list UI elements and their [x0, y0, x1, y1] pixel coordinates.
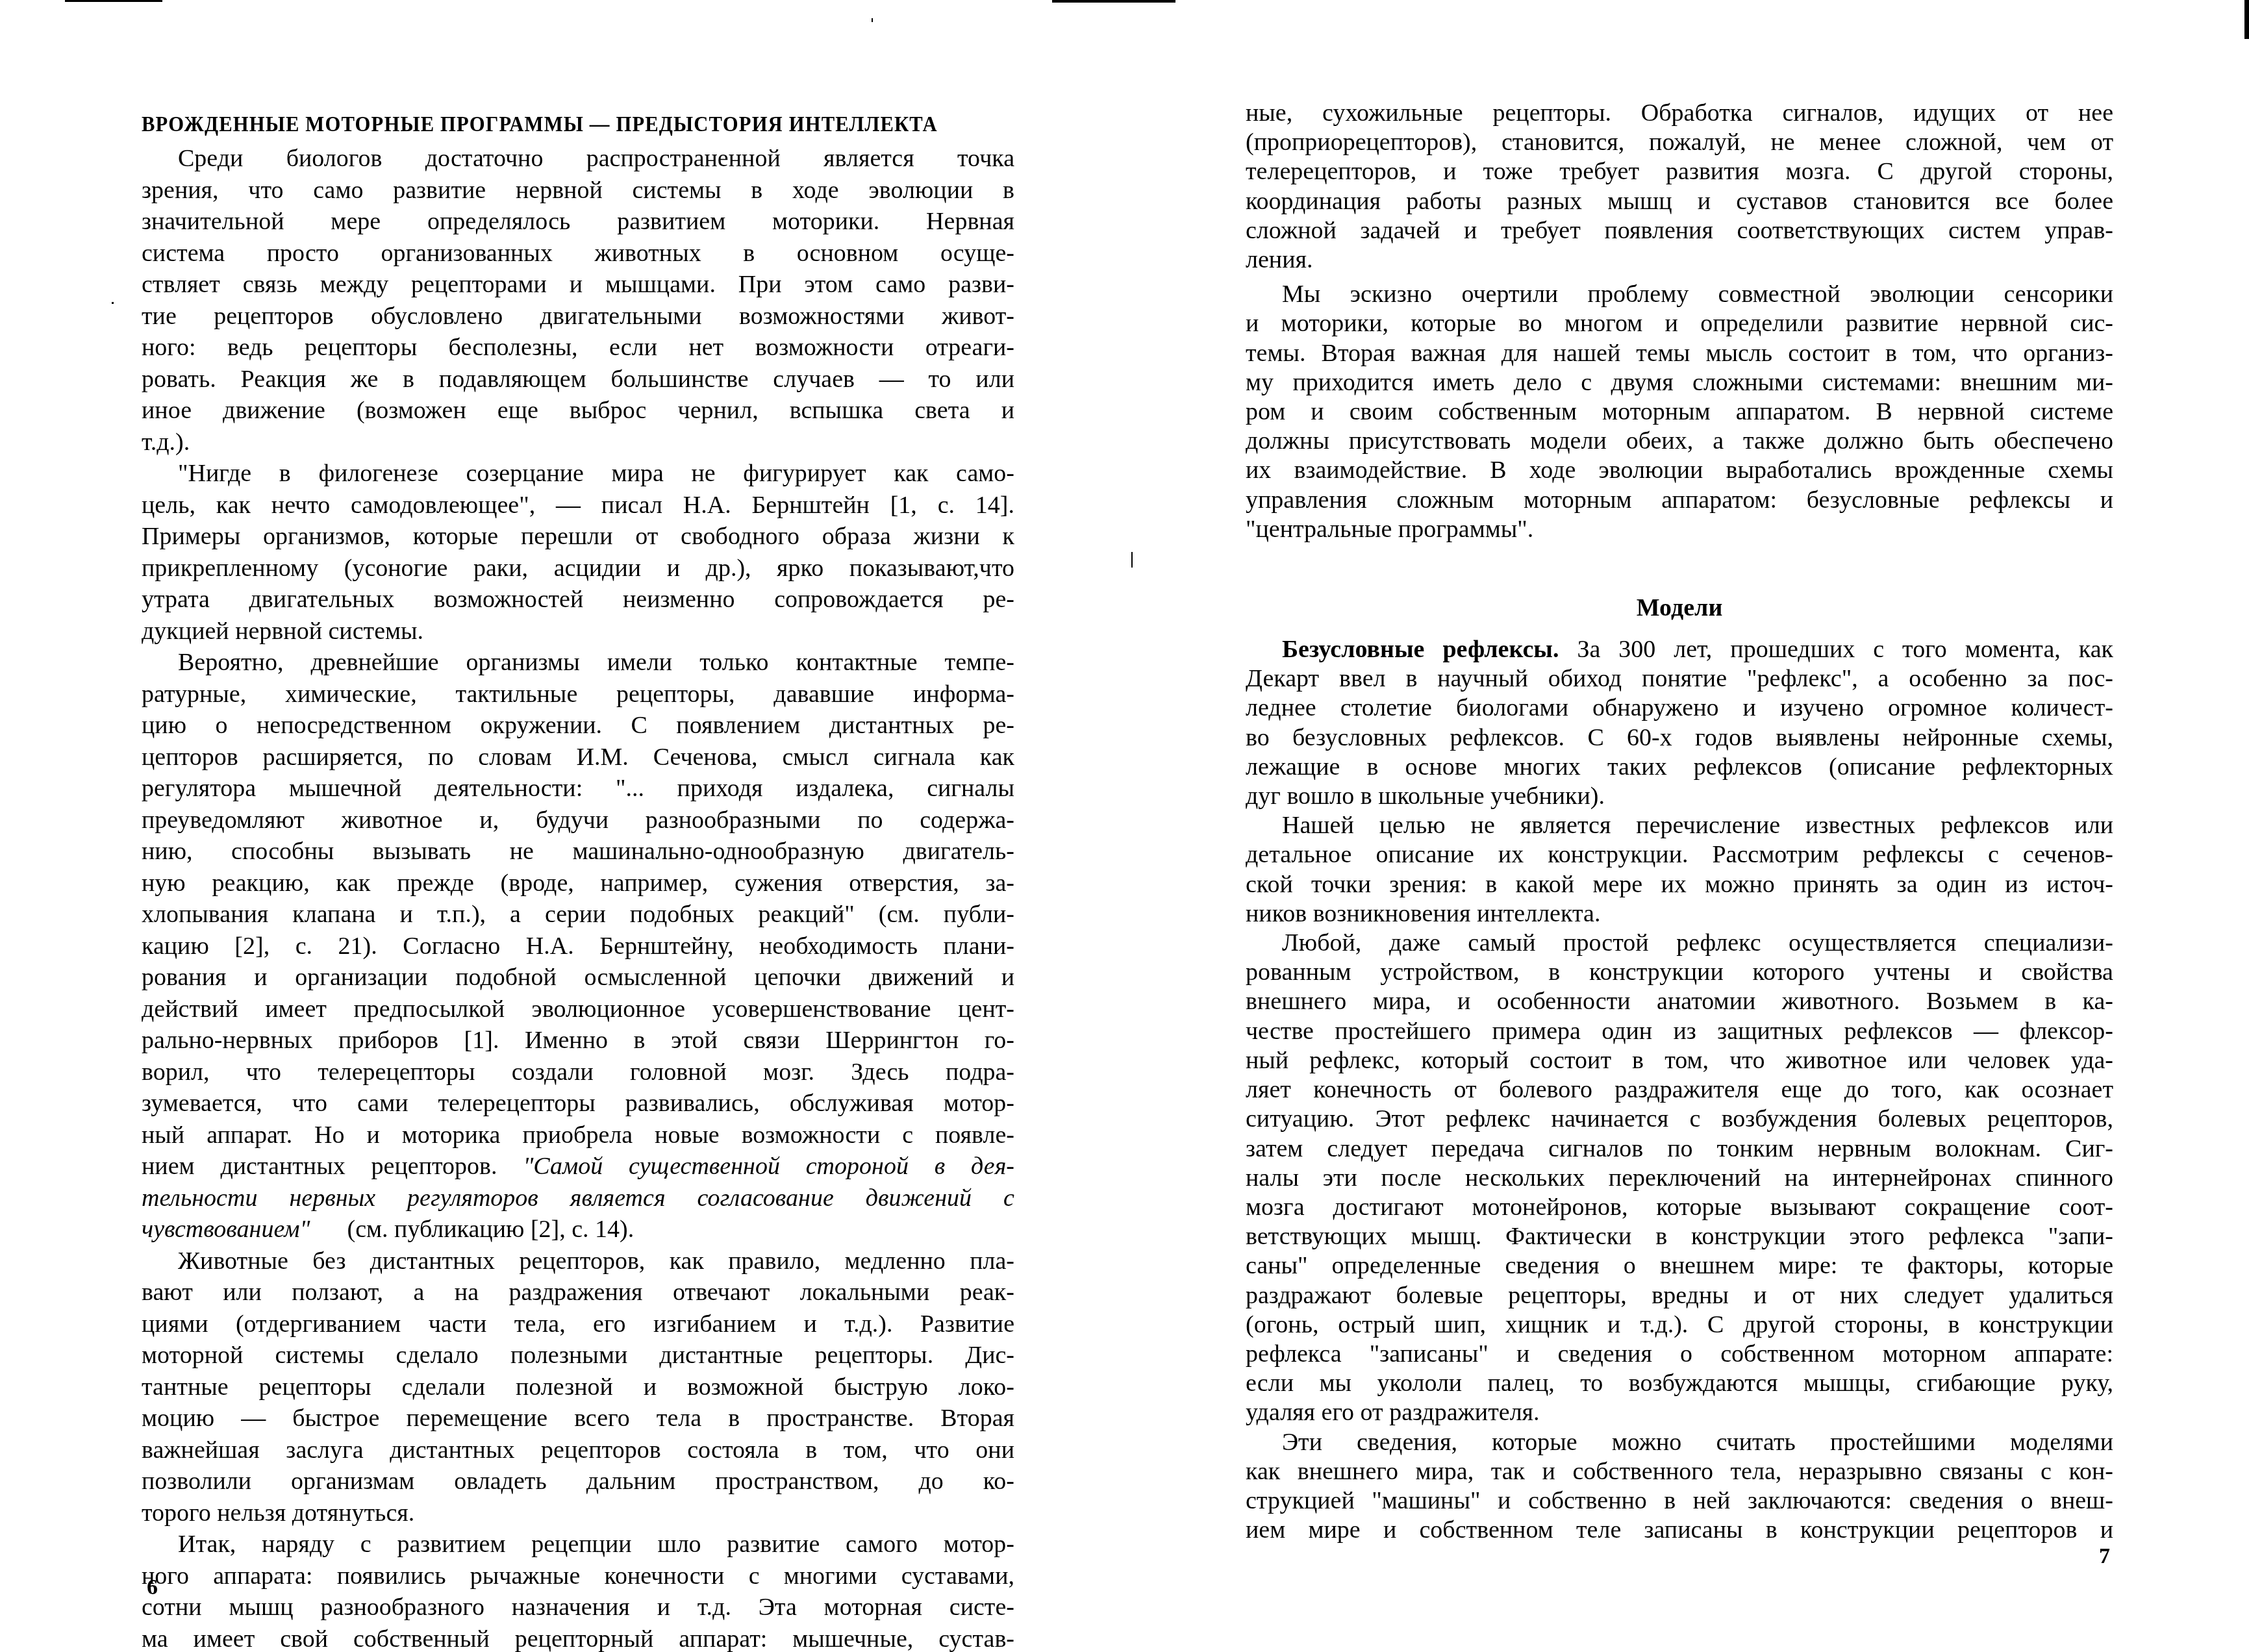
text-line: Вероятно, древнейшие организмы имели тол… [142, 647, 1014, 679]
text-line: цель, как нечто самодовлеющее", — писал … [142, 490, 1014, 521]
text-line: значительной мере определялось развитием… [142, 206, 1014, 238]
text-line: ской точки зрения: в какой мере их можно… [1246, 870, 2113, 899]
text-line: рефлекса "записаны" и сведения о собстве… [1246, 1340, 2113, 1369]
paragraph: Любой, даже самый простой рефлекс осущес… [1246, 929, 2113, 1427]
text-line: Эти сведения, которые можно считать прос… [1246, 1428, 2113, 1457]
text-line: управления сложным моторным аппаратом: б… [1246, 486, 2113, 515]
text-line: ников возникновения интеллекта. [1246, 899, 2113, 929]
text-line: позволили организмам овладеть дальним пр… [142, 1466, 1014, 1497]
text-line: лежащие в основе многих таких рефлексов … [1246, 753, 2113, 782]
text-line: ный аппарат. Но и моторика приобрела нов… [142, 1120, 1014, 1151]
text-line: тантные рецепторы сделали полезной и воз… [142, 1371, 1014, 1403]
text-line: если мы укололи палец, то возбуждаются м… [1246, 1369, 2113, 1398]
text-line: должны присутствовать модели обеих, а та… [1246, 427, 2113, 456]
text-line: торого нельзя дотянуться. [142, 1497, 1014, 1529]
text-line: (проприорецепторов), становится, пожалуй… [1246, 128, 2113, 157]
text-line: Мы эскизно очертили проблему совместной … [1246, 280, 2113, 309]
text-line: удаляя его от раздражителя. [1246, 1398, 2113, 1427]
text-line: ного: ведь рецепторы бесполезны, если не… [142, 332, 1014, 364]
italic-quote: "Самой существенной стороной в дея- [523, 1153, 1014, 1180]
text-line: регулятора мышечной деятельности: "... п… [142, 773, 1014, 805]
paragraph: Нашей целью не является перечисление изв… [1246, 811, 2113, 929]
text-line: му приходится иметь дело с двумя сложным… [1246, 368, 2113, 397]
text-line: сложной задачей и требует появления соот… [1246, 216, 2113, 245]
italic-quote: чувствованием" [142, 1216, 310, 1243]
text-line: ную реакцию, как прежде (вроде, например… [142, 868, 1014, 899]
citation: (см. публикацию [2], с. 14). [347, 1216, 634, 1243]
text-line: сотни мышц разнообразного назначения и т… [142, 1592, 1014, 1623]
text-line: ляет конечность от болевого раздражителя… [1246, 1075, 2113, 1105]
text-line-with-quote: нием дистантных рецепторов. "Самой сущес… [142, 1151, 1014, 1183]
paragraph: Вероятно, древнейшие организмы имели тол… [142, 647, 1014, 1245]
text-line: "Нигде в филогенезе созерцание мира не ф… [142, 458, 1014, 490]
paragraph: Среди биологов достаточно распространенн… [142, 143, 1014, 458]
text-line: раздражают болевые рецепторы, вредны и о… [1246, 1281, 2113, 1310]
text-line: внешнего мира, и особенности анатомии жи… [1246, 987, 2113, 1016]
text-line: рования и организации подобной осмысленн… [142, 962, 1014, 994]
text-line: леднее столетие биологами обнаружено и и… [1246, 694, 2113, 723]
chapter-title: ВРОЖДЕННЫЕ МОТОРНЫЕ ПРОГРАММЫ — ПРЕДЫСТО… [142, 109, 953, 140]
text-line: цепторов расширяется, по словам И.М. Сеч… [142, 742, 1014, 773]
text-line: ратурные, химические, тактильные рецепто… [142, 679, 1014, 710]
text-line: Итак, наряду с развитием рецепции шло ра… [142, 1529, 1014, 1560]
text-line: ствляет связь между рецепторами и мышцам… [142, 269, 1014, 301]
text-line: во безусловных рефлексов. С 60-х годов в… [1246, 723, 2113, 753]
paragraph: Животные без дистантных рецепторов, как … [142, 1245, 1014, 1529]
text-line: дуг вошло в школьные учебники). [1246, 782, 2113, 811]
text-line: Примеры организмов, которые перешли от с… [142, 521, 1014, 553]
text-line: и моторики, которые во многом и определи… [1246, 309, 2113, 338]
text-line: моторной системы сделало полезными диста… [142, 1340, 1014, 1371]
page-number-left: 6 [147, 1575, 158, 1600]
text-line: Нашей целью не является перечисление изв… [1246, 811, 2113, 840]
text-line: тие рецепторов обусловлено двигательными… [142, 301, 1014, 332]
text-line: ровать. Реакция же в подавляющем большин… [142, 364, 1014, 395]
text-line: система просто организованных животных в… [142, 238, 1014, 269]
paragraph-continued: ные, сухожильные рецепторы. Обработка си… [1246, 99, 2113, 275]
run-in-heading: Безусловные рефлексы. [1282, 636, 1559, 663]
scan-artifact-right-edge [2244, 0, 2249, 39]
text-line: их взаимодействие. В ходе эволюции выраб… [1246, 456, 2113, 485]
page-number-right: 7 [2099, 1544, 2110, 1569]
scan-speck [112, 302, 114, 304]
scan-artifact-top-left [65, 0, 162, 2]
paragraph: Итак, наряду с развитием рецепции шло ра… [142, 1529, 1014, 1652]
text-line: (огонь, острый шип, хищник и т.д.). С др… [1246, 1310, 2113, 1340]
text-line: ления. [1246, 245, 2113, 275]
text-line: налы эти после нескольких переключений н… [1246, 1164, 2113, 1193]
text-line: честве простейшего примера один из защит… [1246, 1017, 2113, 1046]
left-page: ВРОЖДЕННЫЕ МОТОРНЫЕ ПРОГРАММЫ — ПРЕДЫСТО… [142, 109, 1014, 1652]
text-line: Любой, даже самый простой рефлекс осущес… [1246, 929, 2113, 958]
text-line: цию о непосредственном окружении. С появ… [142, 710, 1014, 742]
text-line: ситуацию. Этот рефлекс начинается с возб… [1246, 1105, 2113, 1134]
text-line: струкцией "машины" и собственно в ней за… [1246, 1486, 2113, 1516]
text-line: детальное описание их конструкции. Рассм… [1246, 840, 2113, 870]
paragraph: Эти сведения, которые можно считать прос… [1246, 1428, 2113, 1546]
text-line: утрата двигательных возможностей неизмен… [142, 584, 1014, 616]
text-run: нием дистантных рецепторов. [142, 1153, 497, 1180]
text-line: преуведомляют животное и, будучи разнооб… [142, 805, 1014, 836]
text-line: координация работы разных мышц и суставо… [1246, 187, 2113, 216]
text-line: затем следует передача сигналов по тонки… [1246, 1134, 2113, 1164]
text-line: ного аппарата: появились рычажные конечн… [142, 1560, 1014, 1592]
scan-speck [872, 18, 873, 22]
text-line: мозга достигают мотонейронов, которые вы… [1246, 1193, 2113, 1222]
text-line: ные, сухожильные рецепторы. Обработка си… [1246, 99, 2113, 128]
text-line: ием мире и собственном теле записаны в к… [1246, 1516, 2113, 1545]
text-line: Декарт ввел в научный обиход понятие "ре… [1246, 664, 2113, 694]
text-line: зрения, что само развитие нервной систем… [142, 175, 1014, 206]
text-line: рально-нервных приборов [1]. Именно в эт… [142, 1025, 1014, 1057]
paragraph: "Нигде в филогенезе созерцание мира не ф… [142, 458, 1014, 647]
text-line: рованным устройством, в конструкции кото… [1246, 958, 2113, 987]
text-line: ветствующих мышц. Фактически в конструкц… [1246, 1222, 2113, 1251]
text-line: кацию [2], с. 21). Согласно Н.А. Бернште… [142, 931, 1014, 962]
scan-artifact-top-center [1052, 0, 1175, 3]
section-heading: Модели [1246, 592, 2113, 623]
text-line: ворил, что телерецепторы создали головно… [142, 1057, 1014, 1088]
right-page: ные, сухожильные рецепторы. Обработка си… [1246, 99, 2113, 1545]
text-line: иное движение (возможен еще выброс черни… [142, 395, 1014, 427]
text-line: Животные без дистантных рецепторов, как … [142, 1245, 1014, 1277]
text-line: телерецепторов, и тоже требует развития … [1246, 157, 2113, 186]
text-line: моцию — быстрое перемещение всего тела в… [142, 1403, 1014, 1434]
text-line: ный рефлекс, который состоит в том, что … [1246, 1046, 2113, 1075]
text-line: важнейшая заслуга дистантных рецепторов … [142, 1434, 1014, 1466]
text-line: саны" определенные сведения о внешнем ми… [1246, 1251, 2113, 1281]
text-line: т.д.). [142, 427, 1014, 458]
text-line: "центральные программы". [1246, 515, 2113, 544]
scan-speck [1131, 552, 1133, 568]
text-line: зумевается, что сами телерецепторы разви… [142, 1088, 1014, 1120]
italic-quote: тельности нервных регуляторов является с… [142, 1183, 1014, 1214]
text-line-with-lead: Безусловные рефлексы. За 300 лет, прошед… [1246, 635, 2113, 664]
text-line: как внешнего мира, так и собственного те… [1246, 1457, 2113, 1486]
text-line: хлопывания клапана и т.п.), а серии подо… [142, 899, 1014, 931]
text-line: темы. Вторая важная для нашей темы мысль… [1246, 339, 2113, 368]
text-line: циями (отдергиванием части тела, его изг… [142, 1308, 1014, 1340]
text-line: ма имеет свой собственный рецепторный ап… [142, 1623, 1014, 1652]
text-line: дукцией нервной системы. [142, 616, 1014, 647]
text-line: прикрепленному (усоногие раки, асцидии и… [142, 553, 1014, 584]
text-run: За 300 лет, прошедших с того момента, ка… [1559, 636, 2113, 663]
text-line: действий имеет предпосылкой эволюционное… [142, 994, 1014, 1025]
text-line: вают или ползают, а на раздражения отвеч… [142, 1277, 1014, 1308]
paragraph: Безусловные рефлексы. За 300 лет, прошед… [1246, 635, 2113, 811]
text-line-with-citation: чувствованием" (см. публикацию [2], с. 1… [142, 1214, 1014, 1245]
text-line: нию, способны вызывать не машинально-одн… [142, 836, 1014, 868]
paragraph: Мы эскизно очертили проблему совместной … [1246, 280, 2113, 544]
text-line: ром и своим собственным моторным аппарат… [1246, 397, 2113, 427]
text-line: Среди биологов достаточно распространенн… [142, 143, 1014, 175]
